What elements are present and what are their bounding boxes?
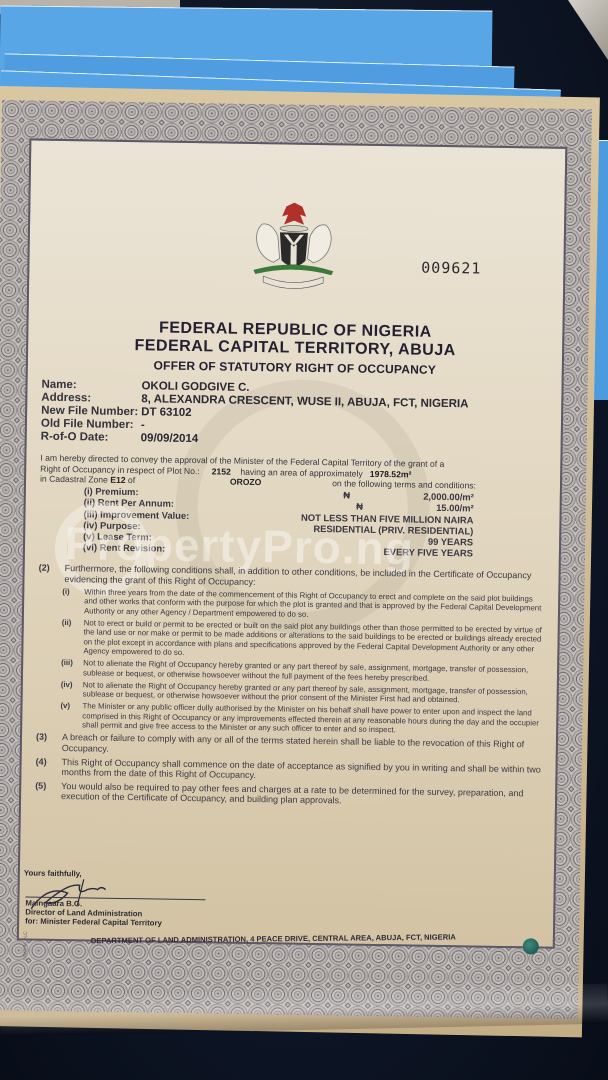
- certificate-body: 009621 FEDERAL REPUBLIC OF NIGERIA FEDER…: [17, 138, 568, 948]
- clause-5: (5)You would also be required to pay oth…: [35, 780, 543, 809]
- plot-number: 2152: [212, 466, 231, 476]
- clause-2-i: (i)Within three years from the date of t…: [38, 587, 546, 623]
- conditions: (2)Furthermore, the following conditions…: [35, 563, 547, 813]
- serial-number: 009621: [421, 259, 481, 278]
- clause-2-ii: (ii)Not to erect or build or permit to b…: [37, 618, 546, 663]
- old-file-number: -: [141, 419, 145, 432]
- coat-of-arms-icon: [243, 202, 344, 296]
- rofo-date: 09/09/2014: [141, 432, 199, 446]
- signer-for: for: Minister Federal Capital Territory: [25, 916, 162, 927]
- cadastral-zone: E12: [110, 475, 125, 485]
- department-address: DEPARTMENT OF LAND ADMINISTRATION, 4 PEA…: [91, 932, 456, 945]
- new-file-number: DT 63102: [141, 406, 192, 420]
- certificate-document: 009621 FEDERAL REPUBLIC OF NIGERIA FEDER…: [0, 100, 592, 1019]
- district: OROZO: [230, 477, 262, 487]
- plot-area: 1978.52m²: [370, 468, 412, 479]
- applicant-fields: Name: OKOLI GODGIVE C. Address: 8, ALEXA…: [41, 379, 469, 451]
- printer-mark: ©NSPM PLC: [22, 931, 28, 960]
- clause-2-v: (v)The Minister or any public officer du…: [36, 701, 544, 737]
- signer-block: Maingaara B.G. Director of Land Administ…: [25, 898, 162, 927]
- naira-icon: ₦: [343, 489, 423, 502]
- hologram-seal-icon: [523, 938, 539, 954]
- faint-security-text: ...................................: [468, 947, 517, 954]
